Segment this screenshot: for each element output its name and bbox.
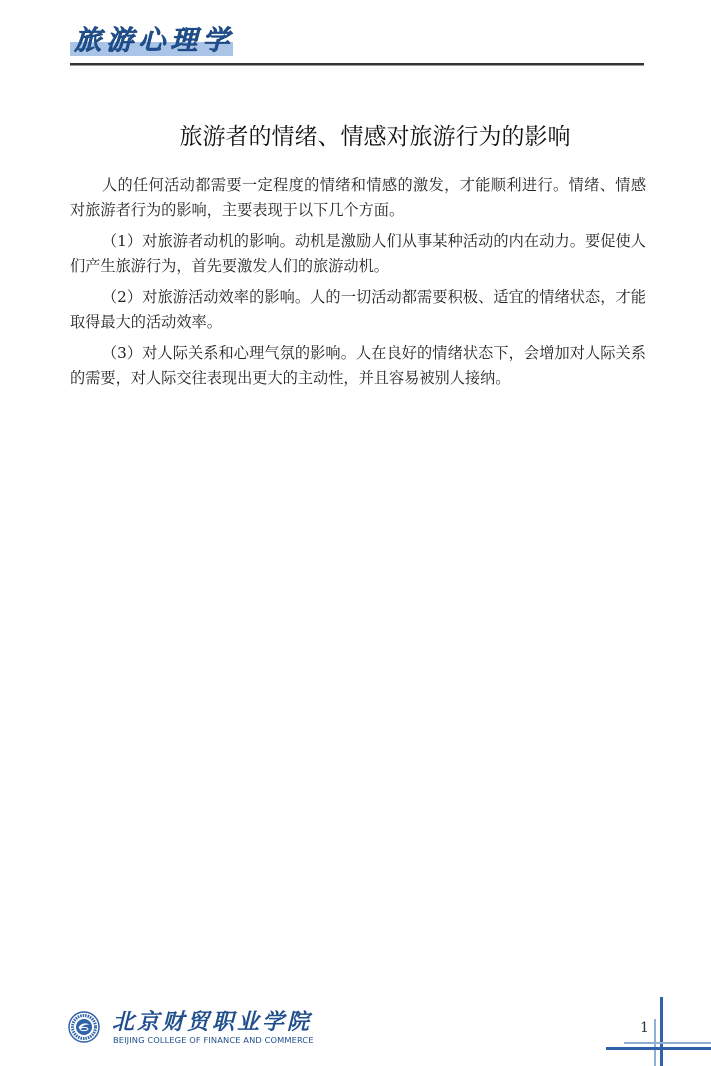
- crop-mark-vertical-dark: [660, 997, 663, 1066]
- page-number: 1: [640, 1019, 649, 1037]
- paragraph-efficiency: （2）对旅游活动效率的影响。人的一切活动都需要积极、适宜的情绪状态，才能取得最大…: [70, 285, 646, 335]
- college-seal-icon: [68, 1011, 100, 1043]
- paragraph-intro: 人的任何活动都需要一定程度的情绪和情感的激发，才能顺利进行。情绪、情感对旅游者行…: [70, 173, 646, 223]
- document-title: 旅游者的情绪、情感对旅游行为的影响: [0, 120, 711, 154]
- paragraph-relationships: （3）对人际关系和心理气氛的影响。人在良好的情绪状态下，会增加对人际关系的需要，…: [70, 341, 646, 391]
- header-rule-shadow: [70, 65, 644, 66]
- document-body: 人的任何活动都需要一定程度的情绪和情感的激发，才能顺利进行。情绪、情感对旅游者行…: [70, 173, 646, 397]
- crop-mark-horizontal-dark: [606, 1047, 711, 1050]
- paragraph-motivation: （1）对旅游者动机的影响。动机是激励人们从事某种活动的内在动力。要促使人们产生旅…: [70, 229, 646, 279]
- institution-name-cn: 北京财贸职业学院: [112, 1010, 312, 1034]
- institution-name-en: BEIJING COLLEGE OF FINANCE AND COMMERCE: [113, 1035, 314, 1045]
- crop-mark-horizontal-light: [624, 1042, 711, 1044]
- running-header-title: 旅游心理学: [74, 24, 234, 58]
